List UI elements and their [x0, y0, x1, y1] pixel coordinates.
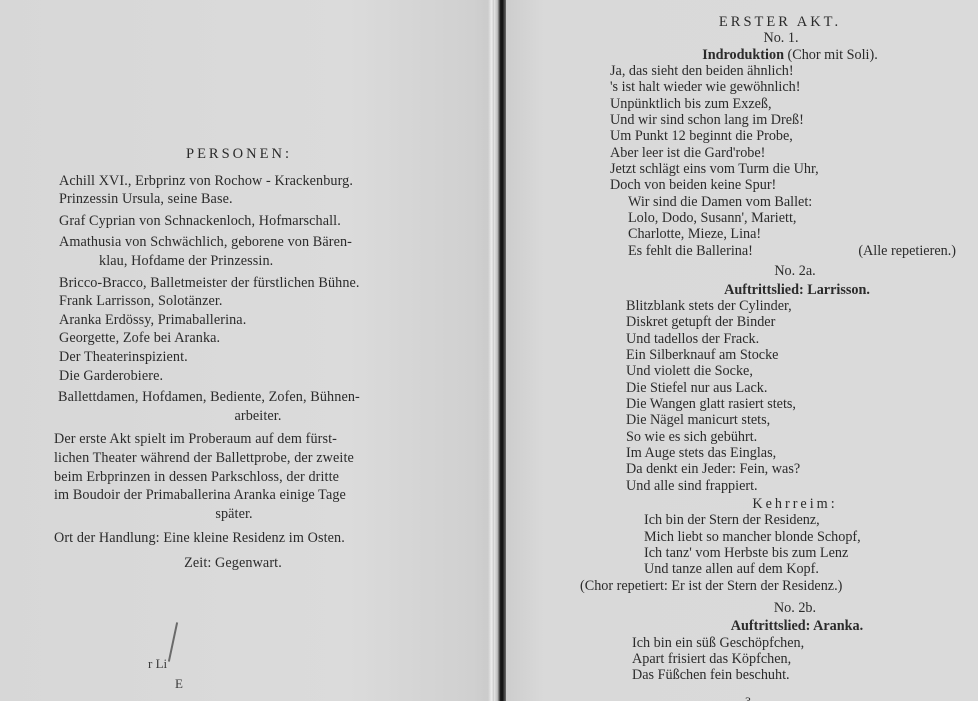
- refrain-line: Ich bin der Stern der Residenz,: [644, 512, 950, 528]
- ensemble-line-continued: arbeiter.: [52, 407, 414, 426]
- verse-line: Unpünktlich bis zum Exzeß,: [610, 96, 950, 112]
- time-of-action: Zeit: Gegenwart.: [52, 554, 414, 573]
- verse-line: Es fehlt die Ballerina!: [628, 243, 753, 259]
- verse-line: Die Wangen glatt rasiert stets,: [626, 396, 950, 412]
- verse-line: Und tadellos der Frack.: [626, 331, 950, 347]
- cast-entry: Amathusia von Schwächlich, geborene von …: [59, 233, 414, 252]
- chorus-direction: (Chor repetiert: Er ist der Stern der Re…: [580, 578, 950, 594]
- ensemble-line: Ballettdamen, Hofdamen, Bediente, Zofen,…: [58, 388, 414, 407]
- song-title: Auftrittslied: Aranka.: [600, 618, 950, 634]
- cast-entry: Graf Cyprian von Schnackenloch, Hofmarsc…: [59, 212, 414, 231]
- place-of-action: Ort der Handlung: Eine kleine Residenz i…: [54, 529, 414, 548]
- song-title-bold: Indroduktion: [702, 47, 784, 63]
- verse-line: Und violett die Socke,: [626, 363, 950, 379]
- cast-entry: Georgette, Zofe bei Aranka.: [59, 329, 414, 348]
- refrain-line: Ich tanz' vom Herbste bis zum Lenz: [644, 545, 950, 561]
- libretto-section: ERSTER AKT. No. 1. Indroduktion (Chor mi…: [600, 14, 950, 684]
- refrain-line: Mich liebt so mancher blonde Schopf,: [644, 529, 950, 545]
- verse-line: 's ist halt wieder wie gewöhnlich!: [610, 79, 950, 95]
- verse-line: Charlotte, Mieze, Lina!: [610, 226, 950, 242]
- song-title: Indroduktion (Chor mit Soli).: [600, 47, 950, 63]
- verse-line: Diskret getupft der Binder: [626, 314, 950, 330]
- setting-paragraph: Der erste Akt spielt im Proberaum auf de…: [54, 430, 414, 523]
- song-title: Auftrittslied: Larrisson.: [600, 282, 950, 298]
- verse-line: Im Auge stets das Einglas,: [626, 445, 950, 461]
- setting-line: im Boudoir der Primaballerina Aranka ein…: [54, 486, 414, 505]
- setting-line: beim Erbprinzen in dessen Parkschloss, d…: [54, 468, 414, 487]
- cast-entry: Prinzessin Ursula, seine Base.: [59, 190, 414, 209]
- number-heading: No. 1.: [600, 30, 950, 46]
- cast-list-section: PERSONEN: Achill XVI., Erbprinz von Roch…: [52, 145, 414, 572]
- verse-line: Lolo, Dodo, Susann', Mariett,: [610, 210, 950, 226]
- verse-line: Das Füßchen fein beschuht.: [632, 667, 950, 683]
- verse-line: Die Stiefel nur aus Lack.: [626, 380, 950, 396]
- verse-line: Ich bin ein süß Geschöpfchen,: [632, 635, 950, 651]
- setting-line: später.: [54, 505, 414, 524]
- cast-heading: PERSONEN:: [52, 145, 414, 164]
- cast-entry: Frank Larrisson, Solotänzer.: [59, 292, 414, 311]
- cast-entry: Der Theaterinspizient.: [59, 348, 414, 367]
- verse-line: Jetzt schlägt eins vom Turm die Uhr,: [610, 161, 950, 177]
- verse-line: Und wir sind schon lang im Dreß!: [610, 112, 950, 128]
- torn-fragment-text: E: [175, 676, 183, 692]
- verse-line: So wie es sich gebührt.: [626, 429, 950, 445]
- song-title-rest: (Chor mit Soli).: [784, 47, 878, 63]
- left-page: PERSONEN: Achill XVI., Erbprinz von Roch…: [0, 0, 498, 701]
- cast-entry: Aranka Erdössy, Primaballerina.: [59, 311, 414, 330]
- setting-line: lichen Theater während der Ballettprobe,…: [54, 449, 414, 468]
- stage-direction: (Alle repetieren.): [858, 243, 956, 259]
- verse-line-with-direction: Es fehlt die Ballerina! (Alle repetieren…: [610, 243, 956, 259]
- verse-line: Aber leer ist die Gard'robe!: [610, 145, 950, 161]
- refrain-line: Und tanze allen auf dem Kopf.: [644, 561, 950, 577]
- verse-line: Und alle sind frappiert.: [626, 478, 950, 494]
- verse-line: Ein Silberknauf am Stocke: [626, 347, 950, 363]
- setting-line: Der erste Akt spielt im Proberaum auf de…: [54, 430, 414, 449]
- verse-line: Da denkt ein Jeder: Fein, was?: [626, 461, 950, 477]
- paper-crease: [168, 622, 178, 662]
- page-number: 3: [745, 694, 751, 701]
- verse-line: Ja, das sieht den beiden ähnlich!: [610, 63, 950, 79]
- verse-line: Wir sind die Damen vom Ballet:: [610, 194, 950, 210]
- verse-line: Die Nägel manicurt stets,: [626, 412, 950, 428]
- cast-entry: Die Garderobiere.: [59, 367, 414, 386]
- verse-line: Apart frisiert das Köpfchen,: [632, 651, 950, 667]
- act-heading: ERSTER AKT.: [600, 14, 950, 30]
- verse-line: Doch von beiden keine Spur!: [610, 177, 950, 193]
- cast-entry: Bricco-Bracco, Balletmeister der fürstli…: [59, 274, 414, 293]
- cast-entry-continued: klau, Hofdame der Prinzessin.: [59, 252, 414, 271]
- cast-entry: Achill XVI., Erbprinz von Rochow - Krack…: [59, 172, 414, 191]
- number-heading: No. 2a.: [600, 263, 950, 279]
- number-heading: No. 2b.: [600, 600, 950, 616]
- verse-line: Um Punkt 12 beginnt die Probe,: [610, 128, 950, 144]
- refrain-label: Kehrreim:: [600, 496, 950, 512]
- torn-fragment-text: r Li: [148, 656, 167, 672]
- verse-line: Blitzblank stets der Cylinder,: [626, 298, 950, 314]
